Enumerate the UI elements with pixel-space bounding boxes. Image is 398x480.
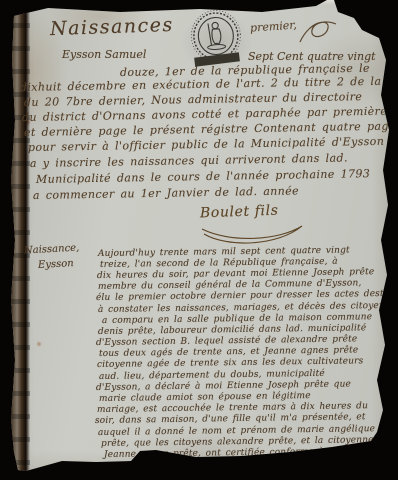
margin-note-line: Eysson <box>38 258 74 271</box>
header-annotation: premier, <box>250 18 298 34</box>
commune-intro-left: Eysson Samuel <box>62 48 146 61</box>
acte-line: d'Eysson, a déclaré à moi Etienne Joseph… <box>96 379 351 393</box>
acte-line: Jeanne agnes prête, ont certifiée confor… <box>104 447 337 460</box>
paper-page: Naissances premier, Eysson Samuel Sept C… <box>0 0 398 480</box>
manuscript-scan: Naissances premier, Eysson Samuel Sept C… <box>0 0 398 480</box>
registre-line: a commencer au 1er Janvier de lad. année <box>33 184 299 202</box>
binding-edge <box>4 0 30 480</box>
signature: Boulet fils <box>200 203 279 222</box>
margin-note-line: Naissance, <box>24 243 80 257</box>
paraph-flourish-icon <box>296 14 342 50</box>
page-title: Naissances <box>50 14 174 40</box>
registre-line: Municipalité dans le cours de l'année pr… <box>36 167 370 186</box>
signature-flourish-icon <box>196 221 308 247</box>
revenue-stamp-icon <box>188 10 246 68</box>
registre-line: a y inscrire les naissances qui arrivero… <box>30 151 348 170</box>
